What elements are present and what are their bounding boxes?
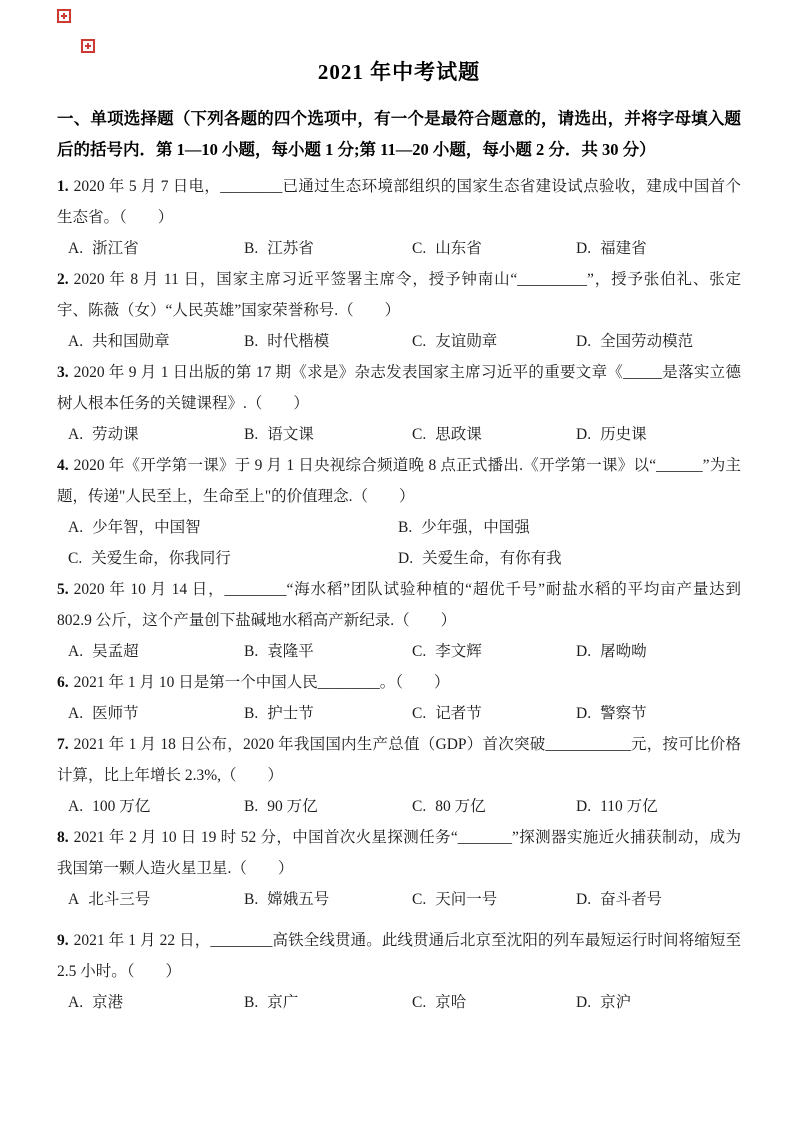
question-number: 6. (57, 674, 69, 691)
question-text: 2020 年 9 月 1 日出版的第 17 期《求是》杂志发表国家主席习近平的重… (57, 364, 741, 412)
question-text: 2020 年《开学第一课》于 9 月 1 日央视综合频道晚 8 点正式播出.《开… (57, 457, 741, 505)
option-label: C. (412, 333, 426, 350)
question-number: 2. (57, 271, 69, 288)
option-label: B. (244, 333, 258, 350)
option: B.江苏省 (244, 233, 412, 264)
option: A.浙江省 (68, 233, 244, 264)
option-text: 奋斗者号 (600, 891, 662, 908)
question-block: 5.2020 年 10 月 14 日，________“海水稻”团队试验种植的“… (57, 574, 741, 667)
option: D.奋斗者号 (576, 884, 741, 915)
option-text: 记者节 (435, 705, 482, 722)
option-text: 少年智，中国智 (92, 519, 201, 536)
option-label: A. (68, 705, 83, 722)
question-text: 2021 年 1 月 18 日公布，2020 年我国国内生产总值（GDP）首次突… (57, 736, 741, 784)
question-block: 7.2021 年 1 月 18 日公布，2020 年我国国内生产总值（GDP）首… (57, 729, 741, 822)
question-stem: 7.2021 年 1 月 18 日公布，2020 年我国国内生产总值（GDP）首… (57, 729, 741, 791)
document-content: 2021 年中考试题 一、单项选择题（下列各题的四个选项中，有一个是最符合题意的… (57, 55, 741, 1018)
option-text: 全国劳动模范 (600, 333, 693, 350)
question-text: 2021 年 1 月 22 日，________高铁全线贯通。此线贯通后北京至沈… (57, 932, 741, 980)
question-number: 3. (57, 364, 69, 381)
option-text: 90 万亿 (267, 798, 317, 815)
question-text: 2020 年 8 月 11 日，国家主席习近平签署主席令，授予钟南山“_____… (57, 271, 741, 319)
options-row: A北斗三号B.嫦娥五号C.天问一号D.奋斗者号 (57, 884, 741, 915)
option-label: C. (412, 891, 426, 908)
options-row: A.浙江省B.江苏省C.山东省D.福建省 (57, 233, 741, 264)
options-row: A.共和国勋章B.时代楷模C.友谊勋章D.全国劳动模范 (57, 326, 741, 357)
question-number: 7. (57, 736, 69, 753)
red-stamp-icon (81, 39, 95, 53)
option-text: 吴孟超 (92, 643, 139, 660)
option-text: 护士节 (267, 705, 314, 722)
option: D.全国劳动模范 (576, 326, 741, 357)
option-label: D. (398, 550, 413, 567)
option-text: 历史课 (600, 426, 647, 443)
option-label: D. (576, 333, 591, 350)
option: C.关爱生命，你我同行 (68, 543, 398, 574)
page-title: 2021 年中考试题 (57, 55, 741, 89)
option-text: 时代楷模 (267, 333, 329, 350)
options-row: A.医师节B.护士节C.记者节D.警察节 (57, 698, 741, 729)
option-label: A. (68, 333, 83, 350)
question-block: 2.2020 年 8 月 11 日，国家主席习近平签署主席令，授予钟南山“___… (57, 264, 741, 357)
question-stem: 5.2020 年 10 月 14 日，________“海水稻”团队试验种植的“… (57, 574, 741, 636)
option-label: C. (412, 705, 426, 722)
option-label: D. (576, 994, 591, 1011)
option-label: C. (412, 643, 426, 660)
option: D.警察节 (576, 698, 741, 729)
question-stem: 1.2020 年 5 月 7 日电，________已通过生态环境部组织的国家生… (57, 171, 741, 233)
question-stem: 2.2020 年 8 月 11 日，国家主席习近平签署主席令，授予钟南山“___… (57, 264, 741, 326)
question-number: 1. (57, 178, 69, 195)
option-text: 山东省 (435, 240, 482, 257)
option-text: 浙江省 (92, 240, 139, 257)
option-label: C. (412, 240, 426, 257)
option: C.友谊勋章 (412, 326, 576, 357)
option-label: A. (68, 798, 83, 815)
question-stem: 4.2020 年《开学第一课》于 9 月 1 日央视综合频道晚 8 点正式播出.… (57, 450, 741, 512)
option: C.京哈 (412, 987, 576, 1018)
option-label: B. (398, 519, 412, 536)
option-label: A. (68, 240, 83, 257)
option-text: 北斗三号 (88, 891, 150, 908)
option-label: C. (412, 426, 426, 443)
option-label: D. (576, 891, 591, 908)
question-block: 4.2020 年《开学第一课》于 9 月 1 日央视综合频道晚 8 点正式播出.… (57, 450, 741, 574)
exam-page: 2021 年中考试题 一、单项选择题（下列各题的四个选项中，有一个是最符合题意的… (0, 0, 793, 1122)
question-block: 6.2021 年 1 月 10 日是第一个中国人民________。（ ） A.… (57, 667, 741, 729)
option-text: 少年强，中国强 (421, 519, 530, 536)
option-text: 100 万亿 (92, 798, 150, 815)
option-text: 福建省 (600, 240, 647, 257)
option-text: 110 万亿 (600, 798, 658, 815)
question-number: 8. (57, 829, 69, 846)
option-label: B. (244, 891, 258, 908)
option: A.100 万亿 (68, 791, 244, 822)
option-text: 80 万亿 (435, 798, 485, 815)
option: D.京沪 (576, 987, 741, 1018)
option-label: B. (244, 798, 258, 815)
option-text: 李文辉 (435, 643, 482, 660)
question-number: 9. (57, 932, 69, 949)
option-label: B. (244, 426, 258, 443)
option: D.关爱生命，有你有我 (398, 543, 741, 574)
option-label: A (68, 891, 79, 908)
red-stamp-icon (57, 9, 71, 23)
option-text: 关爱生命，你我同行 (91, 550, 231, 567)
option-text: 京哈 (435, 994, 466, 1011)
question-block: 3.2020 年 9 月 1 日出版的第 17 期《求是》杂志发表国家主席习近平… (57, 357, 741, 450)
question-text: 2021 年 1 月 10 日是第一个中国人民________。（ ） (74, 674, 450, 691)
option-label: B. (244, 240, 258, 257)
option-label: C. (412, 798, 426, 815)
options-row: A.100 万亿B.90 万亿C.80 万亿D.110 万亿 (57, 791, 741, 822)
option-text: 袁隆平 (267, 643, 314, 660)
options-row: A.京港B.京广C.京哈D.京沪 (57, 987, 741, 1018)
option-label: B. (244, 643, 258, 660)
option: B.袁隆平 (244, 636, 412, 667)
option-text: 思政课 (435, 426, 482, 443)
question-stem: 3.2020 年 9 月 1 日出版的第 17 期《求是》杂志发表国家主席习近平… (57, 357, 741, 419)
option: B.语文课 (244, 419, 412, 450)
option-text: 共和国勋章 (92, 333, 170, 350)
question-stem: 8.2021 年 2 月 10 日 19 时 52 分，中国首次火星探测任务“_… (57, 822, 741, 884)
questions-list: 1.2020 年 5 月 7 日电，________已通过生态环境部组织的国家生… (57, 171, 741, 1018)
option: C.记者节 (412, 698, 576, 729)
option-text: 友谊勋章 (435, 333, 497, 350)
option-label: B. (244, 994, 258, 1011)
option: C.山东省 (412, 233, 576, 264)
option: B.时代楷模 (244, 326, 412, 357)
question-text: 2021 年 2 月 10 日 19 时 52 分，中国首次火星探测任务“___… (57, 829, 741, 877)
option: A.京港 (68, 987, 244, 1018)
option-text: 劳动课 (92, 426, 139, 443)
options-row: A.吴孟超B.袁隆平C.李文辉D.屠呦呦 (57, 636, 741, 667)
option-label: D. (576, 798, 591, 815)
option-label: D. (576, 705, 591, 722)
option-label: A. (68, 994, 83, 1011)
question-block: 1.2020 年 5 月 7 日电，________已通过生态环境部组织的国家生… (57, 171, 741, 264)
question-text: 2020 年 10 月 14 日，________“海水稻”团队试验种植的“超优… (57, 581, 741, 629)
option-text: 屠呦呦 (600, 643, 647, 660)
options-row: A.少年智，中国智B.少年强，中国强C.关爱生命，你我同行D.关爱生命，有你有我 (57, 512, 741, 574)
option: C.李文辉 (412, 636, 576, 667)
option: B.嫦娥五号 (244, 884, 412, 915)
option: A北斗三号 (68, 884, 244, 915)
option: A.少年智，中国智 (68, 512, 398, 543)
option: A.共和国勋章 (68, 326, 244, 357)
option-text: 医师节 (92, 705, 139, 722)
option-text: 京港 (92, 994, 123, 1011)
option: A.医师节 (68, 698, 244, 729)
option-label: A. (68, 643, 83, 660)
options-row: A.劳动课B.语文课C.思政课D.历史课 (57, 419, 741, 450)
question-number: 5. (57, 581, 69, 598)
question-stem: 9.2021 年 1 月 22 日，________高铁全线贯通。此线贯通后北京… (57, 925, 741, 987)
option: A.吴孟超 (68, 636, 244, 667)
option-label: D. (576, 643, 591, 660)
option-label: A. (68, 426, 83, 443)
option: B.护士节 (244, 698, 412, 729)
option-label: C. (412, 994, 426, 1011)
section-header: 一、单项选择题（下列各题的四个选项中，有一个是最符合题意的，请选出，并将字母填入… (57, 103, 741, 165)
option-text: 嫦娥五号 (267, 891, 329, 908)
option-label: A. (68, 519, 83, 536)
option-label: D. (576, 426, 591, 443)
option-label: D. (576, 240, 591, 257)
option-text: 警察节 (600, 705, 647, 722)
option: B.少年强，中国强 (398, 512, 741, 543)
question-text: 2020 年 5 月 7 日电，________已通过生态环境部组织的国家生态省… (57, 178, 741, 226)
option: C.天问一号 (412, 884, 576, 915)
option-label: C. (68, 550, 82, 567)
option: B.京广 (244, 987, 412, 1018)
option: D.福建省 (576, 233, 741, 264)
question-stem: 6.2021 年 1 月 10 日是第一个中国人民________。（ ） (57, 667, 741, 698)
option: C.80 万亿 (412, 791, 576, 822)
option: C.思政课 (412, 419, 576, 450)
option: D.历史课 (576, 419, 741, 450)
question-number: 4. (57, 457, 69, 474)
question-block: 8.2021 年 2 月 10 日 19 时 52 分，中国首次火星探测任务“_… (57, 822, 741, 915)
option-label: B. (244, 705, 258, 722)
option: B.90 万亿 (244, 791, 412, 822)
option: A.劳动课 (68, 419, 244, 450)
option-text: 关爱生命，有你有我 (422, 550, 562, 567)
option: D.屠呦呦 (576, 636, 741, 667)
option-text: 京广 (267, 994, 298, 1011)
option-text: 语文课 (267, 426, 314, 443)
option-text: 京沪 (600, 994, 631, 1011)
question-block: 9.2021 年 1 月 22 日，________高铁全线贯通。此线贯通后北京… (57, 925, 741, 1018)
option-text: 江苏省 (267, 240, 314, 257)
option: D.110 万亿 (576, 791, 741, 822)
option-text: 天问一号 (435, 891, 497, 908)
